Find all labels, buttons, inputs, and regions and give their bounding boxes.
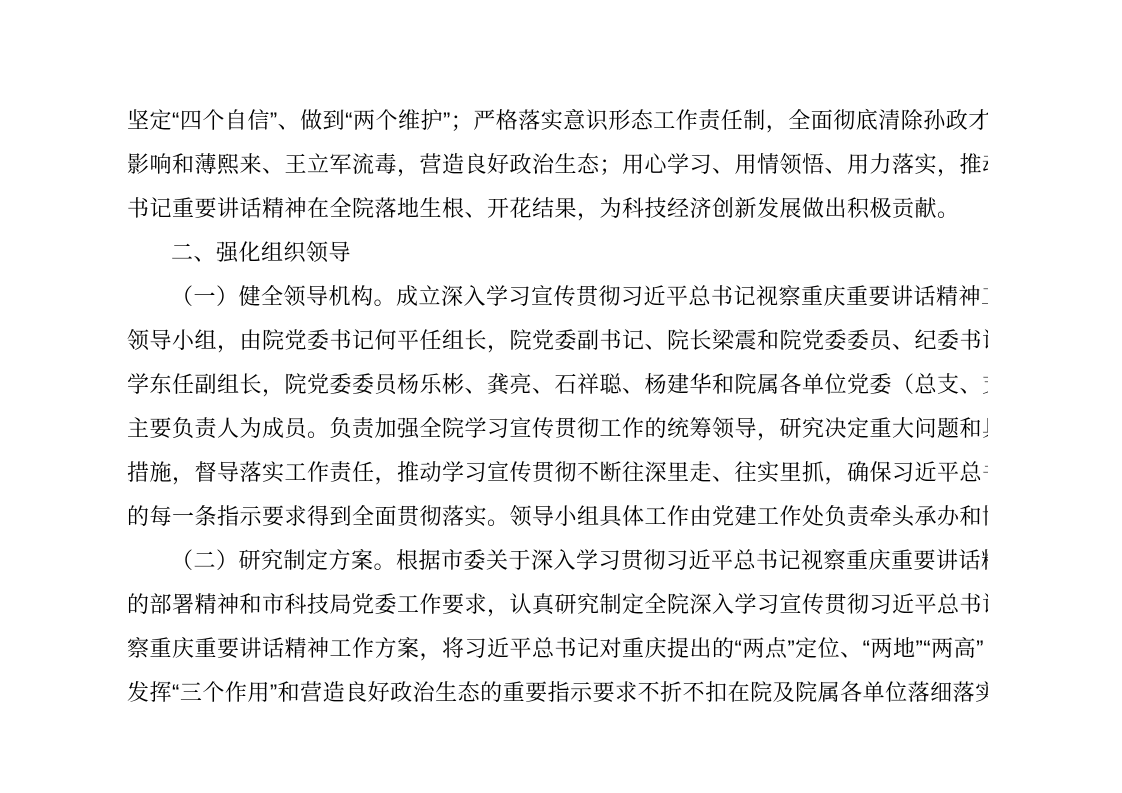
text-line: 发挥“三个作用”和营造良好政治生态的重要指示要求不折不扣在院及院属各单位落细落实… — [127, 671, 988, 715]
document-body: 坚定“四个自信”、做到“两个维护”；严格落实意识形态工作责任制，全面彻底清除孙政… — [127, 99, 988, 715]
paragraph: 坚定“四个自信”、做到“两个维护”；严格落实意识形态工作责任制，全面彻底清除孙政… — [127, 99, 988, 231]
document-page: 坚定“四个自信”、做到“两个维护”；严格落实意识形态工作责任制，全面彻底清除孙政… — [0, 0, 1122, 793]
text-line: 察重庆重要讲话精神工作方案，将习近平总书记对重庆提出的“两点”定位、“两地”“两… — [127, 627, 988, 671]
section-heading: 二、强化组织领导 — [127, 231, 988, 275]
text-line: 措施，督导落实工作责任，推动学习宣传贯彻不断往深里走、往实里抓，确保习近平总书记 — [127, 451, 988, 495]
paragraph: （一）健全领导机构。成立深入学习宣传贯彻习近平总书记视察重庆重要讲话精神工作领导… — [127, 275, 988, 539]
text-line: 坚定“四个自信”、做到“两个维护”；严格落实意识形态工作责任制，全面彻底清除孙政… — [127, 99, 988, 143]
paragraph: （二）研究制定方案。根据市委关于深入学习贯彻习近平总书记视察重庆重要讲话精神的部… — [127, 539, 988, 715]
text-line: 二、强化组织领导 — [127, 231, 988, 275]
text-line: 领导小组，由院党委书记何平任组长，院党委副书记、院长梁震和院党委委员、纪委书记曾 — [127, 319, 988, 363]
text-line: 的部署精神和市科技局党委工作要求，认真研究制定全院深入学习宣传贯彻习近平总书记视 — [127, 583, 988, 627]
text-line: 的每一条指示要求得到全面贯彻落实。领导小组具体工作由党建工作处负责牵头承办和协调… — [127, 495, 988, 539]
text-line: 影响和薄熙来、王立军流毒，营造良好政治生态；用心学习、用情领悟、用力落实，推动总 — [127, 143, 988, 187]
text-line: （二）研究制定方案。根据市委关于深入学习贯彻习近平总书记视察重庆重要讲话精神 — [127, 539, 988, 583]
text-line: 书记重要讲话精神在全院落地生根、开花结果，为科技经济创新发展做出积极贡献。 — [127, 187, 988, 231]
text-line: 学东任副组长，院党委委员杨乐彬、龚亮、石祥聪、杨建华和院属各单位党委（总支、支部… — [127, 363, 988, 407]
text-line: 主要负责人为成员。负责加强全院学习宣传贯彻工作的统筹领导，研究决定重大问题和具体 — [127, 407, 988, 451]
text-line: （一）健全领导机构。成立深入学习宣传贯彻习近平总书记视察重庆重要讲话精神工作 — [127, 275, 988, 319]
